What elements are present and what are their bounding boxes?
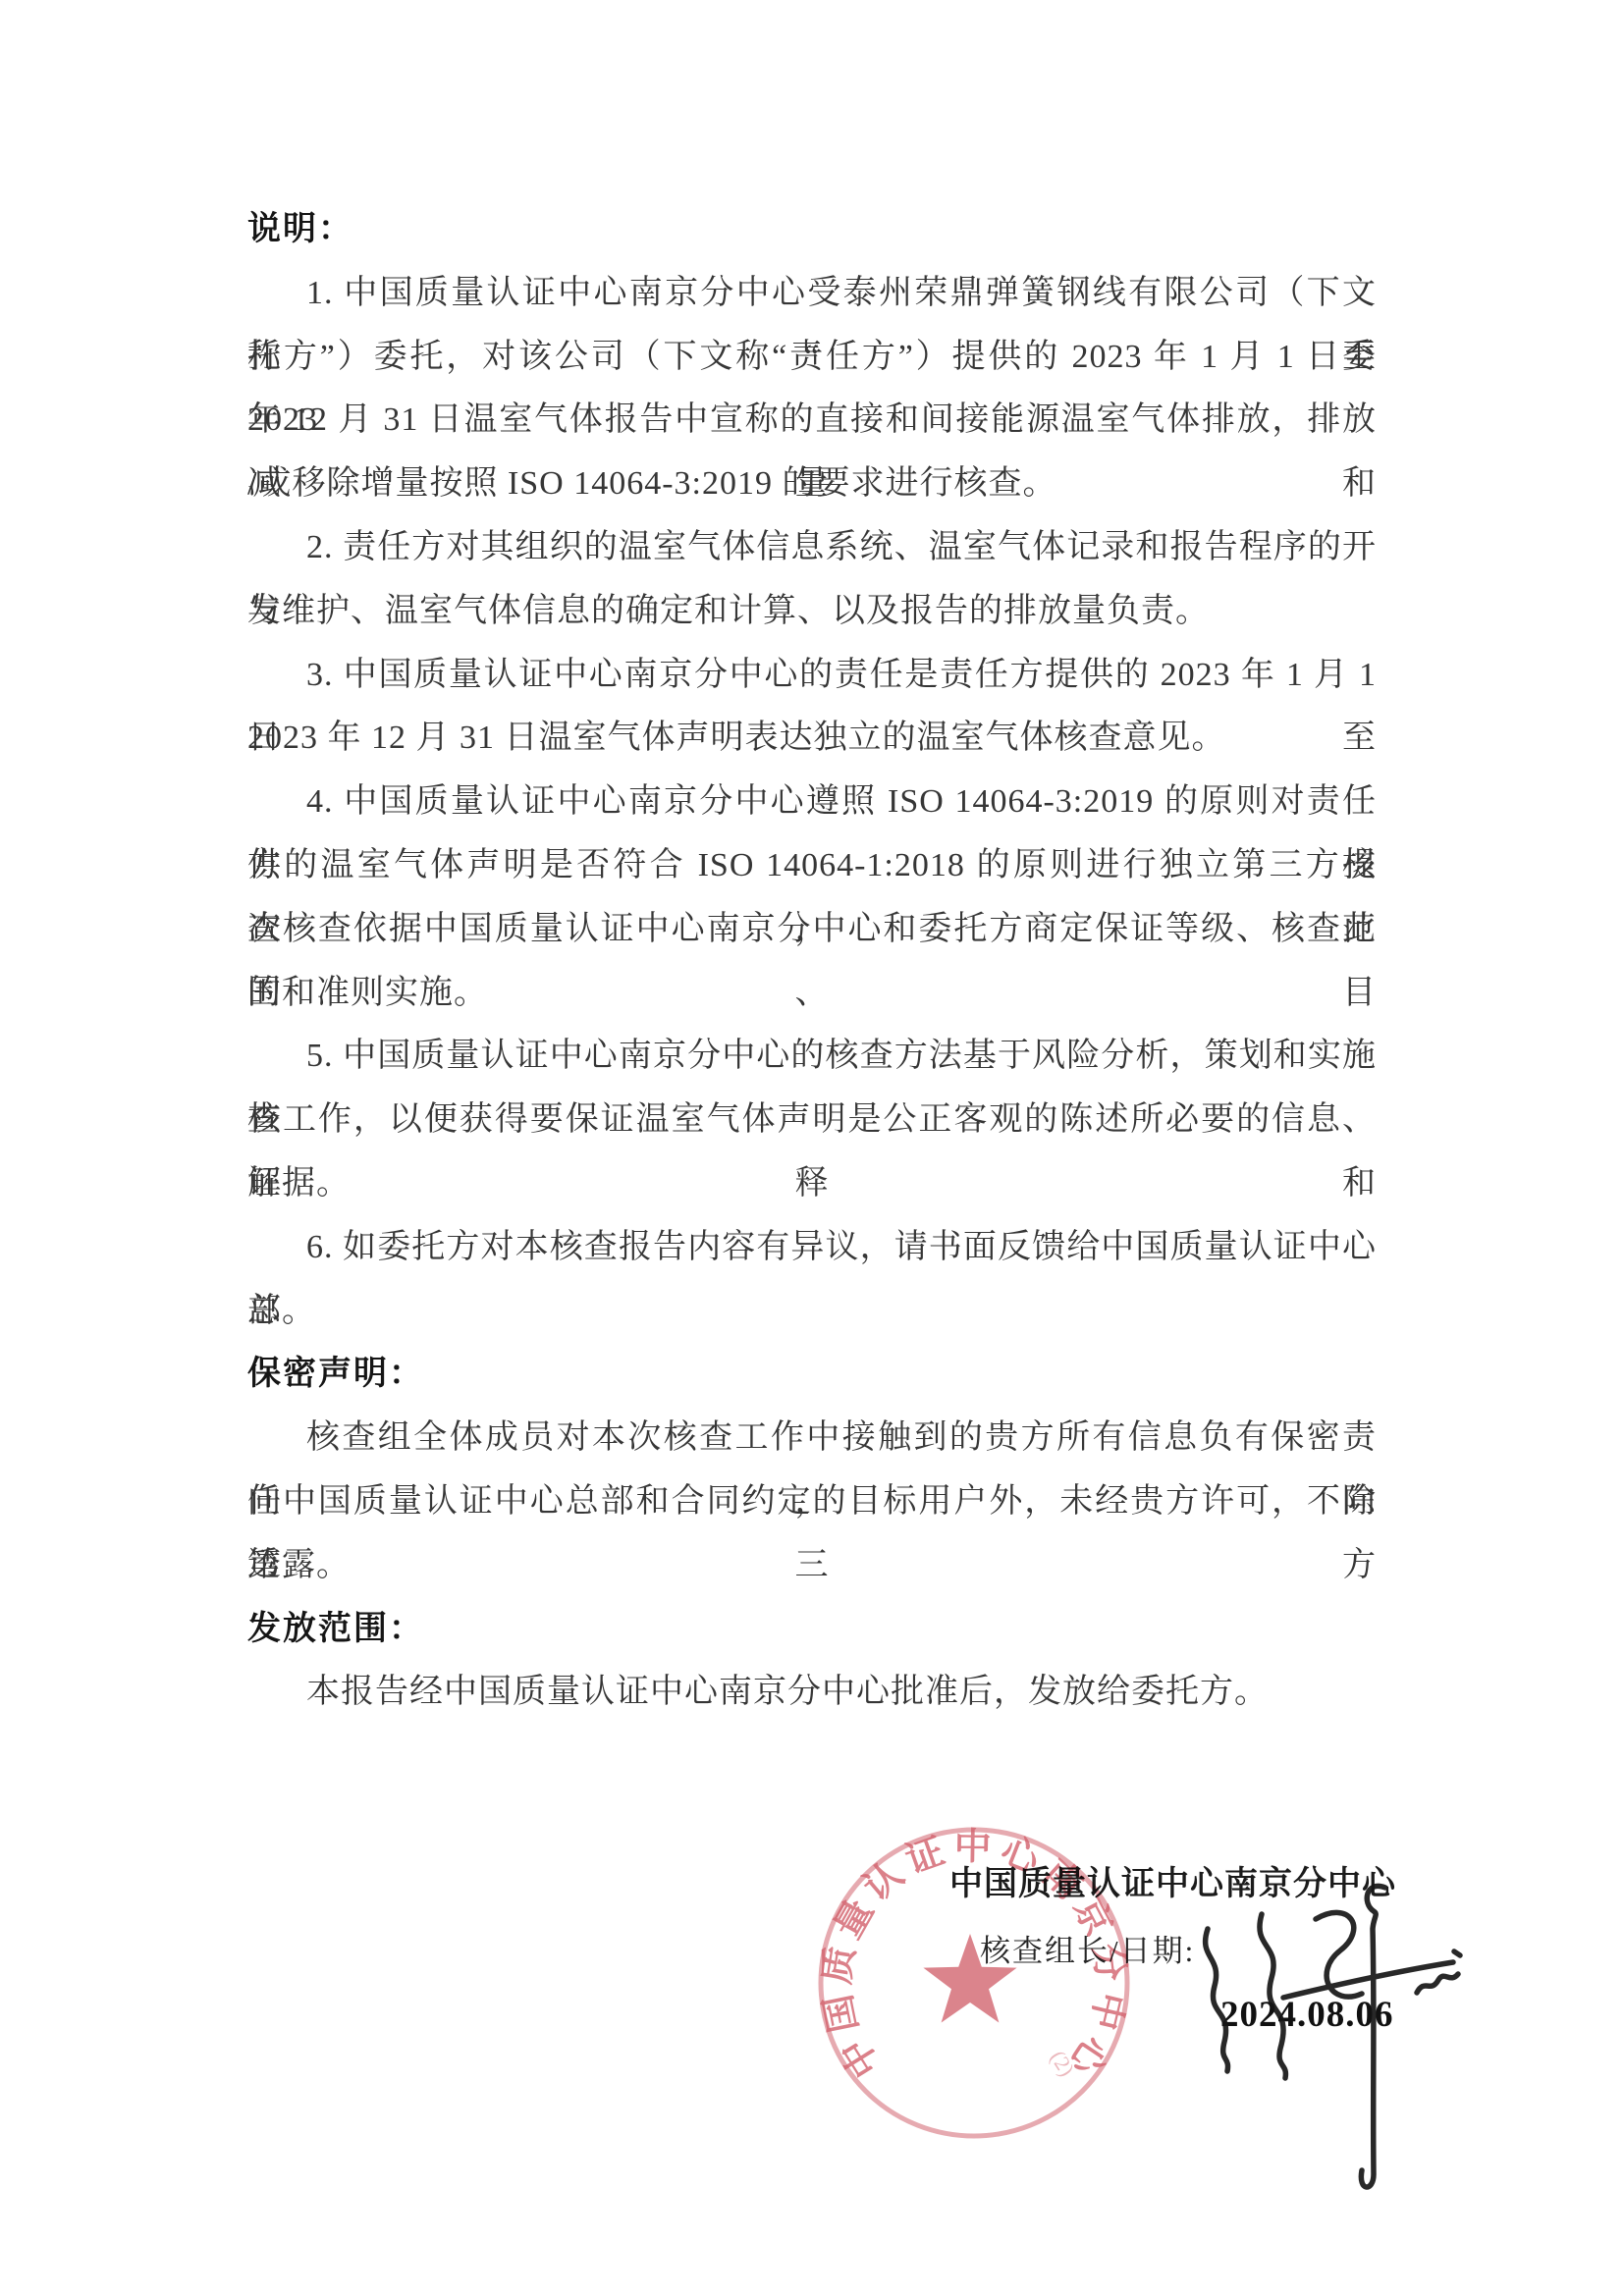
body-line: 托方”）委托，对该公司（下文称“责任方”）提供的 2023 年 1 月 1 日至… — [247, 326, 1377, 390]
company-seal-stamp: 中国质量认证中心南京分中心 (2) — [812, 1821, 1136, 2145]
body-line: 次核查依据中国质量认证中心南京分中心和委托方商定保证等级、核查范围、目 — [247, 898, 1377, 962]
body-line: 部。 — [247, 1280, 1377, 1344]
section-heading: 保密声明： — [247, 1343, 1377, 1407]
body-line: 核查组全体成员对本次核查工作中接触到的贵方所有信息负有保密责任，除 — [247, 1407, 1377, 1470]
body-line: 与维护、温室气体信息的确定和计算、以及报告的排放量负责。 — [247, 580, 1377, 644]
body-line: 2023 年 12 月 31 日温室气体声明表达独立的温室气体核查意见。 — [247, 707, 1377, 771]
star-icon — [923, 1934, 1016, 2023]
body-line: 供的温室气体声明是否符合 ISO 14064-1:2018 的原则进行独立第三方… — [247, 834, 1377, 898]
body-line: 2. 责任方对其组织的温室气体信息系统、温室气体记录和报告程序的开发 — [247, 516, 1377, 580]
body-line: 4. 中国质量认证中心南京分中心遵照 ISO 14064-3:2019 的原则对… — [247, 771, 1377, 834]
document-body: 说明：1. 中国质量认证中心南京分中心受泰州荣鼎弹簧钢线有限公司（下文称“委托方… — [247, 198, 1377, 1725]
body-line: 查工作，以便获得要保证温室气体声明是公正客观的陈述所必要的信息、解释和 — [247, 1089, 1377, 1152]
section-heading: 发放范围： — [247, 1598, 1377, 1662]
signature-icon — [1193, 1860, 1468, 2204]
body-line: 本报告经中国质量认证中心南京分中心批准后，发放给委托方。 — [247, 1661, 1377, 1725]
body-line: 3. 中国质量认证中心南京分中心的责任是责任方提供的 2023 年 1 月 1 … — [247, 644, 1377, 708]
section-heading: 说明： — [247, 198, 1377, 262]
body-line: 5. 中国质量认证中心南京分中心的核查方法基于风险分析，策划和实施核 — [247, 1025, 1377, 1089]
body-line: 1. 中国质量认证中心南京分中心受泰州荣鼎弹簧钢线有限公司（下文称“委 — [247, 262, 1377, 326]
body-line: 向中国质量认证中心总部和合同约定的目标用户外，未经贵方许可，不向第三方 — [247, 1470, 1377, 1534]
body-line: 年 12 月 31 日温室气体报告中宣称的直接和间接能源温室气体排放，排放减量和 — [247, 389, 1377, 453]
body-line: 6. 如委托方对本核查报告内容有异议，请书面反馈给中国质量认证中心总 — [247, 1216, 1377, 1280]
document-page: 说明：1. 中国质量认证中心南京分中心受泰州荣鼎弹簧钢线有限公司（下文称“委托方… — [0, 0, 1624, 2296]
